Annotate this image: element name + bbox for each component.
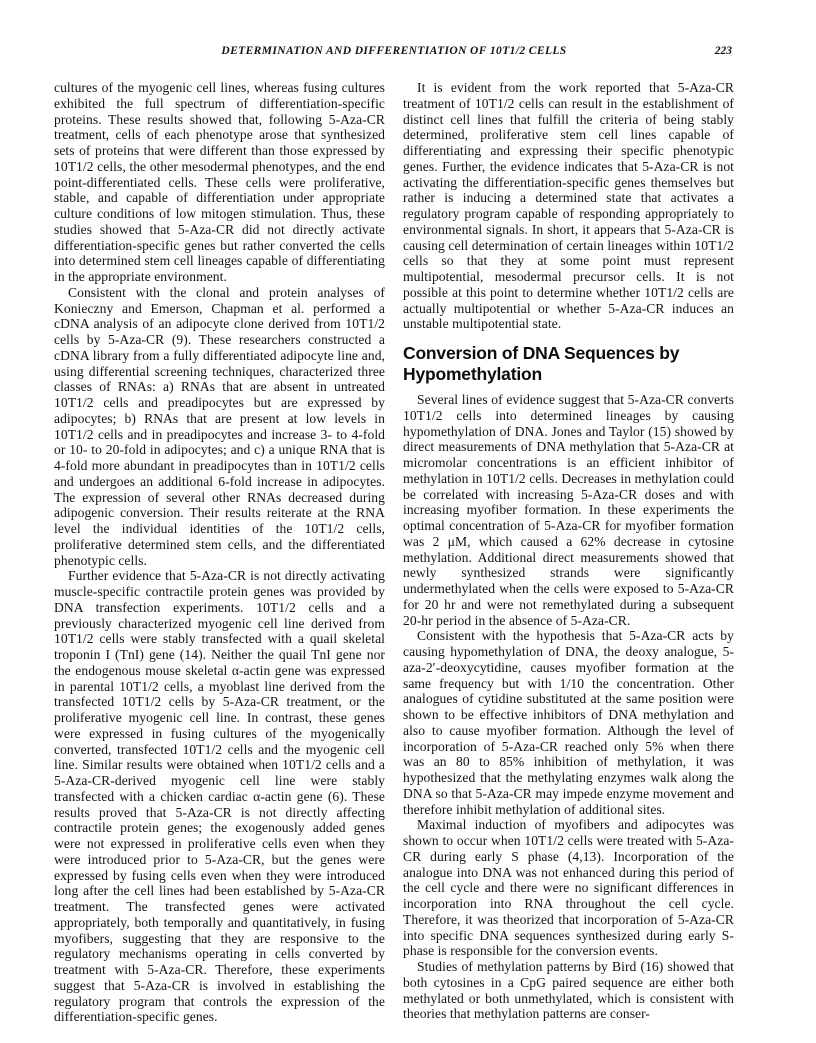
right-column: It is evident from the work reported tha… bbox=[403, 80, 734, 1025]
paragraph: Consistent with the hypothesis that 5-Az… bbox=[403, 628, 734, 817]
running-title: DETERMINATION AND DIFFERENTIATION OF 10T… bbox=[54, 44, 734, 58]
left-column: cultures of the myogenic cell lines, whe… bbox=[54, 80, 385, 1025]
article-body: cultures of the myogenic cell lines, whe… bbox=[54, 80, 734, 1025]
running-head: DETERMINATION AND DIFFERENTIATION OF 10T… bbox=[54, 44, 734, 60]
paragraph: Several lines of evidence suggest that 5… bbox=[403, 392, 734, 628]
paragraph: Studies of methylation patterns by Bird … bbox=[403, 959, 734, 1022]
paragraph: It is evident from the work reported tha… bbox=[403, 80, 734, 332]
paragraph: Maximal induction of myofibers and adipo… bbox=[403, 817, 734, 959]
journal-page: DETERMINATION AND DIFFERENTIATION OF 10T… bbox=[0, 0, 816, 1043]
paragraph-continuation: cultures of the myogenic cell lines, whe… bbox=[54, 80, 385, 285]
paragraph: Further evidence that 5-Aza-CR is not di… bbox=[54, 568, 385, 1025]
section-heading: Conversion of DNA Sequences by Hypomethy… bbox=[403, 343, 734, 385]
paragraph: Consistent with the clonal and protein a… bbox=[54, 285, 385, 569]
text-block: DETERMINATION AND DIFFERENTIATION OF 10T… bbox=[54, 44, 734, 1025]
page-number: 223 bbox=[715, 44, 732, 58]
